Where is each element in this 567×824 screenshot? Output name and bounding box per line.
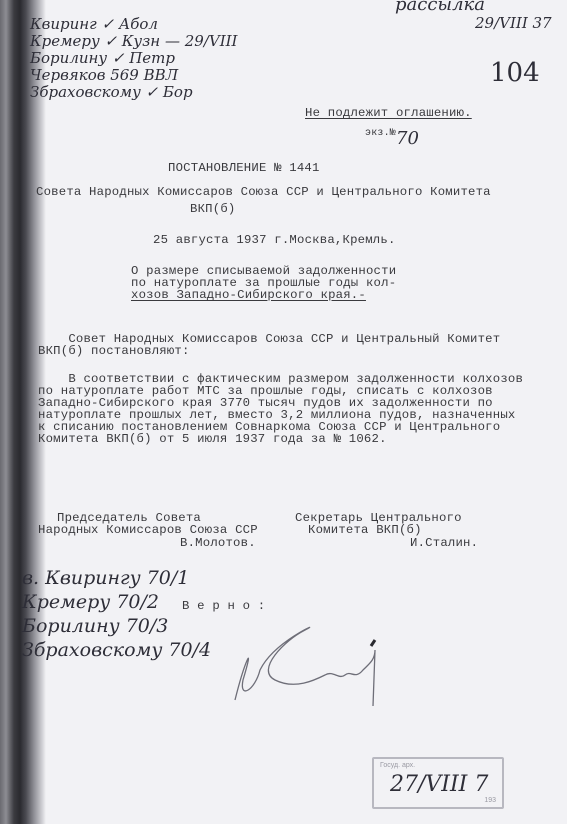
stamp-year: 193 bbox=[484, 797, 496, 804]
document-page: Квиринг ✓ Абол Кремеру ✓ Кузн — 29/VIII … bbox=[0, 0, 567, 824]
distribution-line: Кремеру ✓ Кузн — 29/VIII bbox=[30, 33, 237, 50]
distribution-line: Квиринг ✓ Абол bbox=[30, 16, 237, 33]
stamp-label: Госуд. арх. bbox=[380, 762, 415, 769]
resolution-line: Комитета ВКП(б) от 5 июля 1937 года за №… bbox=[38, 433, 387, 446]
distribution-line: Збраховскому ✓ Бор bbox=[30, 84, 237, 101]
stamp-date: 27/VIII 7 bbox=[390, 772, 488, 797]
signatory-right-title-2: Комитета ВКП(б) bbox=[308, 524, 422, 537]
top-right-note: рассылка bbox=[395, 0, 485, 15]
distribution-line: Борилину 70/3 bbox=[22, 614, 211, 638]
distribution-line: Червяков 569 ВВЛ bbox=[30, 67, 237, 84]
copy-number: 70 bbox=[396, 128, 419, 149]
certifying-signature bbox=[215, 620, 385, 720]
document-heading: ПОСТАНОВЛЕНИЕ № 1441 bbox=[168, 162, 320, 175]
distribution-line: Збраховскому 70/4 bbox=[22, 638, 211, 662]
signatory-left-name: В.Молотов. bbox=[180, 537, 256, 550]
archive-stamp: Госуд. арх. 27/VIII 7 193 bbox=[372, 757, 504, 809]
distribution-list-handwritten: Квиринг ✓ Абол Кремеру ✓ Кузн — 29/VIII … bbox=[30, 16, 237, 101]
distribution-line: Борилину ✓ Петр bbox=[30, 50, 237, 67]
subject-line: хозов Западно-Сибирского края.- bbox=[131, 289, 366, 302]
page-number: 104 bbox=[490, 58, 540, 88]
preamble-line: ВКП(б) постановляют: bbox=[38, 345, 190, 358]
signatory-right-name: И.Сталин. bbox=[410, 537, 478, 550]
certified-label: В е р н о : bbox=[182, 600, 265, 613]
classification-label: Не подлежит оглашению. bbox=[305, 107, 472, 120]
distribution-line: в. Квирингу 70/1 bbox=[22, 566, 211, 590]
date-place: 25 августа 1937 г.Москва,Кремль. bbox=[153, 234, 396, 247]
issuer-line-1: Совета Народных Комиссаров Союза ССР и Ц… bbox=[36, 186, 491, 199]
top-right-date: 29/VIII 37 bbox=[475, 14, 552, 32]
copy-label: экз.№ bbox=[365, 127, 396, 140]
bottom-distribution-handwritten: в. Квирингу 70/1 Кремеру 70/2 Борилину 7… bbox=[22, 566, 211, 662]
issuer-line-2: ВКП(б) bbox=[190, 203, 235, 216]
